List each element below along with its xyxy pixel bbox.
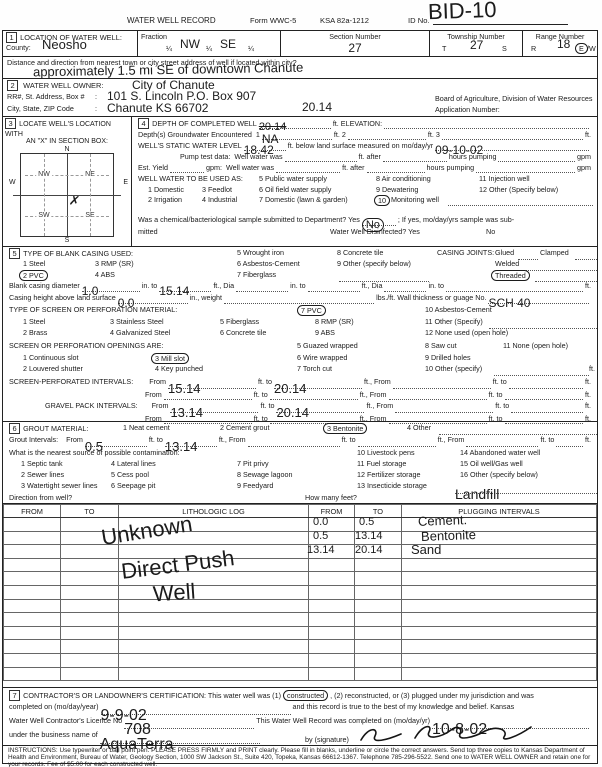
lbs-wall-label: lbs./ft. Wall thickness or guage No. (376, 293, 486, 302)
ft-from-label: ft., From (219, 435, 246, 444)
log-row (4, 545, 597, 559)
plugging-material: Cement. (418, 512, 468, 529)
elevation-label: ft. ELEVATION: (333, 119, 382, 128)
use-option: 7 Domestic (lawn & garden) (259, 195, 348, 204)
screen-option: 12 None used (open hole) (425, 328, 508, 337)
interval-blank (511, 405, 583, 413)
lithologic-entry: Well (152, 579, 196, 608)
pump-blank (476, 165, 575, 173)
grout-other-blank (439, 427, 597, 435)
grout-option: 1 Neat cement (123, 423, 170, 432)
opening-option: 9 Drilled holes (425, 353, 471, 362)
casing-option-pvc-circled: 2 PVC (19, 270, 48, 281)
contamination-option: 5 Cess pool (111, 470, 149, 479)
opening-other-blank (494, 368, 589, 376)
interval-blank (393, 381, 491, 389)
fraction-1-value: NW (180, 37, 200, 51)
from-label: From (66, 435, 83, 444)
interval-blank (358, 439, 436, 447)
chem-sample-tail-2: mitted (138, 227, 158, 236)
licence-label: Water Well Contractor's Licence No (9, 716, 122, 725)
certification-text-2: , (2) reconstructed, or (3) plugged unde… (330, 691, 534, 700)
pump-blank (367, 165, 425, 173)
joint-welded: Welded (495, 259, 519, 268)
well-water-was-label: Well water was (234, 152, 282, 161)
ft-label: ft. (585, 390, 591, 399)
use-option: 4 Industrial (202, 195, 237, 204)
interval-blank (164, 392, 252, 400)
log-row (4, 518, 597, 532)
range-east-circled: E (575, 43, 588, 54)
plugging-material: Sand (411, 542, 441, 557)
ft-dia-label: ft., Dia (362, 281, 383, 290)
address-label: RR#, St. Address, Box # (7, 92, 85, 101)
log-row (4, 558, 597, 572)
hours-pumping-label: hours pumping (427, 163, 475, 172)
use-option: 5 Public water supply (259, 174, 327, 183)
section-6-grout: 6 GROUT MATERIAL: 1 Neat cement 2 Cement… (3, 422, 597, 504)
gpm2-label: gpm: (206, 163, 222, 172)
pump-blank (383, 154, 447, 162)
groundwater-3-label: ft. 3 (428, 130, 440, 139)
log-row (4, 626, 597, 640)
interval-blank (389, 392, 487, 400)
certification-text-1: CONTRACTOR'S OR LANDOWNER'S CERTIFICATIO… (23, 691, 281, 700)
log-header-lithologic: LITHOLOGIC LOG (119, 505, 309, 518)
ft-after-label: ft. after (359, 152, 381, 161)
plugging-to: 13.14 (355, 530, 383, 542)
township-s: S (502, 44, 507, 53)
plugging-from: 0.0 (313, 516, 328, 528)
screen-option-pvc-circled: 7 PVC (297, 305, 326, 316)
log-row (4, 640, 597, 654)
dia-blank (384, 284, 426, 292)
contamination-option-other: 16 Other (specify below) (460, 470, 538, 479)
quarter-symbol: ¼ (206, 44, 212, 53)
section-3-locate: 3LOCATE WELL'S LOCATION WITH AN "X" IN S… (3, 117, 132, 246)
casing-option: 1 Steel (23, 259, 45, 268)
casing-title: TYPE OF BLANK CASING USED: (23, 249, 133, 258)
pump-blank (285, 154, 357, 162)
compass-w: W (9, 179, 16, 186)
use-option-monitoring-circled-number: 10 (374, 195, 390, 206)
ft-label: ft. (585, 377, 591, 386)
contamination-option: 6 Seepage pit (111, 481, 155, 490)
grout-option-bentonite-circled: 3 Bentonite (323, 423, 367, 434)
interval-blank (505, 392, 583, 400)
city-state-zip-label: City, State, ZIP Code (7, 104, 74, 113)
static-level-mid: ft. below land surface measured on mo/da… (288, 141, 433, 150)
use-option: 1 Domestic (148, 185, 184, 194)
screen-option: 3 Stainless Steel (110, 317, 164, 326)
contamination-option: 7 Pit privy (237, 459, 269, 468)
casing-option: 4 ABS (95, 270, 115, 279)
range-r: R (531, 44, 536, 53)
opening-option-mill-slot-circled: 3 Mill slot (151, 353, 189, 364)
casing-option: 8 Concrete tile (337, 248, 383, 257)
contamination-option: 11 Fuel storage (357, 459, 406, 468)
gravel-pack-label: GRAVEL PACK INTERVALS: (45, 401, 138, 410)
casing-option: 7 Fiberglass (237, 270, 276, 279)
ft-dia-label: ft., Dia (213, 281, 234, 290)
compass-s: S (5, 237, 129, 244)
from-label: From (149, 377, 166, 386)
quarter-symbol: ¼ (248, 44, 254, 53)
opening-option: 5 Guazed wrapped (297, 341, 358, 350)
ft-to-label: ft. to (149, 435, 163, 444)
gpm-label: gpm (577, 152, 591, 161)
contamination-option: 9 Feedyard (237, 481, 273, 490)
ft-from-label: ft., From (364, 377, 391, 386)
screen-option: 4 Galvanized Steel (110, 328, 170, 337)
locate-title-2: AN "X" IN SECTION BOX: (5, 138, 129, 145)
opening-option: 11 None (open hole) (503, 341, 568, 350)
use-option: 8 Air conditioning (376, 174, 431, 183)
city-state-zip-value: Chanute KS 66702 (107, 101, 208, 115)
use-other-blank (448, 198, 593, 206)
section-number-label: Section Number (284, 32, 426, 41)
in-weight-label: in., weight (190, 293, 222, 302)
dia-blank (308, 284, 360, 292)
log-row (4, 613, 597, 627)
colon: : (95, 92, 97, 101)
groundwater-2-label: ft. 2 (334, 130, 346, 139)
instructions-block: INSTRUCTIONS: Use typewriter or ball poi… (3, 745, 597, 767)
groundwater-label: Depth(s) Groundwater Encountered (138, 130, 252, 139)
gpm-label: gpm (577, 163, 591, 172)
section-7-certification: 7 CONTRACTOR'S OR LANDOWNER'S CERTIFICAT… (3, 688, 597, 745)
from-label: From (145, 390, 162, 399)
section-5-casing: 5 TYPE OF BLANK CASING USED: 5 Wrought i… (3, 247, 597, 422)
opening-option: 6 Wire wrapped (297, 353, 347, 362)
section-box: NW NE SW SE ✗ (20, 153, 114, 237)
use-option-monitoring-label: Monitoring well (391, 195, 439, 204)
chem-sample-tail: ; If yes, mo/day/yrs sample was sub- (398, 215, 514, 224)
distance-row: Distance and direction from nearest town… (3, 57, 597, 79)
ft-to-label: ft. to (495, 401, 509, 410)
contamination-option: 8 Sewage lagoon (237, 470, 293, 479)
casing-height-label: Casing height above land surface (9, 293, 116, 302)
joint-glued: Glued (495, 248, 514, 257)
section-7-number: 7 (9, 690, 20, 701)
in-to-label: in. to (428, 281, 444, 290)
application-number-label: Application Number: (435, 105, 500, 114)
opening-option: 2 Louvered shutter (23, 364, 83, 373)
form-id-label: ID No. (408, 16, 430, 25)
ft-label: ft. (585, 401, 591, 410)
est-yield-blank (170, 165, 204, 173)
range-value: 18 (557, 37, 570, 51)
section-box-dash (90, 154, 91, 236)
opening-option: 8 Saw cut (425, 341, 457, 350)
form-title: WATER WELL RECORD (127, 16, 216, 25)
joint-clamped: Clamped (540, 248, 569, 257)
casing-option: 3 RMP (SR) (95, 259, 134, 268)
county-label: County: (6, 43, 31, 52)
contamination-option: 3 Watertight sewer lines (21, 481, 97, 490)
plugging-from: 13.14 (307, 544, 335, 556)
ft-to-label: ft. to (258, 377, 272, 386)
quadrant-ne: NE (83, 171, 97, 178)
log-row (4, 653, 597, 667)
use-option: 6 Oil field water supply (259, 185, 331, 194)
screen-option: 10 Asbestos-Cement (425, 305, 492, 314)
quarter-symbol: ¼ (166, 44, 172, 53)
log-row (4, 585, 597, 599)
ft-from-label: ft., From (366, 401, 393, 410)
from-label: From (152, 401, 169, 410)
use-option: 2 Irrigation (148, 195, 182, 204)
opening-option: 10 Other (specify) (425, 364, 482, 373)
form-number: Form WWC-5 (250, 16, 296, 25)
static-level-label: WELL'S STATIC WATER LEVEL (138, 141, 242, 150)
fraction-label: Fraction (141, 32, 277, 41)
section-4-well-data: 4 DEPTH OF COMPLETED WELL 20.14 ft. ELEV… (132, 117, 597, 246)
lithologic-log-table: FROM TO LITHOLOGIC LOG FROM TO PLUGGING … (3, 504, 597, 688)
board-of-agriculture-line: Board of Agriculture, Division of Water … (435, 94, 593, 103)
form-ksa: KSA 82a-1212 (320, 16, 369, 25)
section-1-number: 1 (6, 32, 17, 43)
pump-blank (498, 154, 575, 162)
openings-title: SCREEN OR PERFORATION OPENINGS ARE: (9, 341, 163, 350)
county-value: Neosho (42, 37, 87, 52)
township-value: 27 (470, 38, 483, 52)
interval-blank (466, 439, 538, 447)
groundwater-2-blank (348, 132, 426, 140)
opening-option: 1 Continuous slot (23, 353, 79, 362)
pump-test-label: Pump test data: (180, 152, 230, 161)
casing-option: 6 Asbestos-Cement (237, 259, 300, 268)
pump-blank (276, 165, 340, 173)
casing-option: 9 Other (specify below) (337, 259, 411, 268)
ft-to-label: ft. to (260, 401, 274, 410)
section-box-hline (13, 195, 121, 196)
est-yield-label: Est. Yield (138, 163, 168, 172)
joint-threaded-circled: Threaded (491, 270, 530, 281)
interval-blank (395, 405, 493, 413)
compass-n: N (5, 146, 129, 153)
disinfected-label: Water Well Disinfected? Yes (330, 227, 420, 236)
ft-label: ft. (589, 364, 595, 373)
grout-option: 4 Other (407, 423, 431, 432)
well-location-x-mark: ✗ (68, 193, 81, 210)
owner-extra-value: 20.14 (302, 100, 332, 114)
screen-option: 2 Brass (23, 328, 47, 337)
screen-option: 11 Other (Specify) (425, 317, 483, 326)
form-body: 1LOCATION OF WATER WELL: County: Neosho … (2, 30, 598, 764)
section-2-number: 2 (7, 80, 18, 91)
grout-title: GROUT MATERIAL: (23, 424, 88, 433)
completed-on-label: completed on (mo/day/year) (9, 702, 99, 711)
elevation-blank (384, 121, 589, 129)
section-4-number: 4 (138, 118, 149, 129)
disinfected-no: No (486, 227, 495, 236)
ft-label: ft. (585, 435, 591, 444)
range-west: /W (587, 44, 596, 53)
screen-intervals-label: SCREEN-PERFORATED INTERVALS: (9, 377, 133, 386)
ft-from-label: ft., From (360, 390, 387, 399)
constructed-circled: constructed (283, 690, 328, 701)
certification-text-3: and this record is true to the best of m… (293, 702, 515, 711)
fraction-2-value: SE (220, 37, 236, 51)
screen-option: 5 Fiberglass (220, 317, 259, 326)
interval-blank (248, 439, 340, 447)
log-row (4, 572, 597, 586)
contamination-option: 10 Livestock pens (357, 448, 415, 457)
instructions-text: INSTRUCTIONS: Use typewriter or ball poi… (8, 747, 590, 767)
colon: : (95, 104, 97, 113)
ft-after-label: ft. after (342, 163, 364, 172)
section-2-owner: 2 WATER WELL OWNER: City of Chanute RR#,… (3, 79, 597, 117)
log-row (4, 667, 597, 681)
form-id-value: BID-10 (428, 0, 497, 25)
contamination-option: 13 Insecticide storage (357, 481, 427, 490)
casing-diameter-label: Blank casing diameter (9, 281, 80, 290)
screen-option: 1 Steel (23, 317, 45, 326)
ft-from-label: ft., From (438, 435, 465, 444)
direction-from-well-label: Direction from well? (9, 493, 72, 502)
section-6-number: 6 (9, 423, 20, 434)
ft-to-label: ft. to (254, 390, 268, 399)
signature-scribble (357, 722, 537, 748)
ft-to-label: ft. to (489, 390, 503, 399)
depth-completed-label: DEPTH OF COMPLETED WELL (152, 119, 257, 128)
ft-to-label: ft. to (342, 435, 356, 444)
quadrant-sw: SW (36, 212, 51, 219)
interval-blank (270, 392, 358, 400)
groundwater-3-blank (442, 132, 583, 140)
section-3-4-row: 3LOCATE WELL'S LOCATION WITH AN "X" IN S… (3, 117, 597, 247)
section-box-dash (44, 154, 45, 236)
how-many-feet-label: How many feet? (305, 493, 357, 502)
use-option: 9 Dewatering (376, 185, 418, 194)
ft-label: ft. (585, 130, 591, 139)
in-to-label: in. to (290, 281, 306, 290)
in-to-label: in. to (142, 281, 158, 290)
locate-title-1: LOCATE WELL'S LOCATION WITH (5, 121, 111, 138)
contamination-option: 4 Lateral lines (111, 459, 156, 468)
use-option: 3 Feedlot (202, 185, 232, 194)
hours-pumping-label: hours pumping (449, 152, 497, 161)
log-header-to: TO (61, 505, 119, 518)
screen-option: 6 Concrete tile (220, 328, 266, 337)
casing-option: 5 Wrought iron (237, 248, 284, 257)
quadrant-se: SE (83, 212, 96, 219)
ft-to-label: ft. to (493, 377, 507, 386)
section-3-number: 3 (5, 118, 16, 129)
groundwater-1: 1 (256, 130, 260, 139)
log-row (4, 599, 597, 613)
business-name-value: AquaTerra (100, 736, 174, 753)
contamination-option: 2 Sewer lines (21, 470, 64, 479)
section-number-value: 27 (348, 41, 361, 55)
log-header-from: FROM (4, 505, 61, 518)
ft-to-label: ft. to (540, 435, 554, 444)
screen-option: 9 ABS (315, 328, 335, 337)
contamination-option: 1 Septic tank (21, 459, 63, 468)
signature-label: by (signature) (305, 735, 349, 744)
well-water-was-label: Well water was (226, 163, 274, 172)
grout-intervals-label: Grout Intervals: (9, 435, 58, 444)
interval-blank (509, 381, 583, 389)
section-1-location: 1LOCATION OF WATER WELL: County: Neosho … (3, 31, 597, 57)
owner-title: WATER WELL OWNER: (23, 81, 103, 90)
grout-option: 2 Cement grout (220, 423, 270, 432)
opening-option: 7 Torch cut (297, 364, 332, 373)
plugging-to: 0.5 (359, 516, 374, 528)
plugging-from: 0.5 (313, 530, 328, 542)
business-name-label: under the business name of (9, 730, 98, 739)
contamination-question: What is the nearest source of possible c… (9, 448, 180, 457)
screen-option: 8 RMP (SR) (315, 317, 354, 326)
compass-e: E (123, 179, 128, 186)
contamination-option: 14 Abandoned water well (460, 448, 540, 457)
ft-label: ft. (585, 281, 591, 290)
chem-sample-question: Was a chemical/bacteriological sample su… (138, 215, 360, 224)
log-row (4, 531, 597, 545)
use-label: WELL WATER TO BE USED AS: (138, 174, 243, 183)
township-t: T (442, 44, 446, 53)
weight-blank (224, 296, 374, 304)
contamination-option: 15 Oil well/Gas well (460, 459, 523, 468)
quadrant-nw: NW (36, 171, 52, 178)
use-option: 11 Injection well (479, 174, 530, 183)
opening-option: 4 Key punched (155, 364, 203, 373)
plugging-to: 20.14 (355, 544, 383, 556)
interval-blank (556, 439, 583, 447)
section-5-number: 5 (9, 248, 20, 259)
use-option: 12 Other (Specify below) (479, 185, 558, 194)
water-well-record-form: WATER WELL RECORD Form WWC-5 KSA 82a-121… (0, 0, 602, 767)
dia-blank (446, 284, 583, 292)
contamination-option: 12 Fertilizer storage (357, 470, 421, 479)
dia-blank (236, 284, 288, 292)
casing-joints-label: CASING JOINTS: (437, 248, 494, 257)
screen-material-title: TYPE OF SCREEN OR PERFORATION MATERIAL: (9, 305, 177, 314)
